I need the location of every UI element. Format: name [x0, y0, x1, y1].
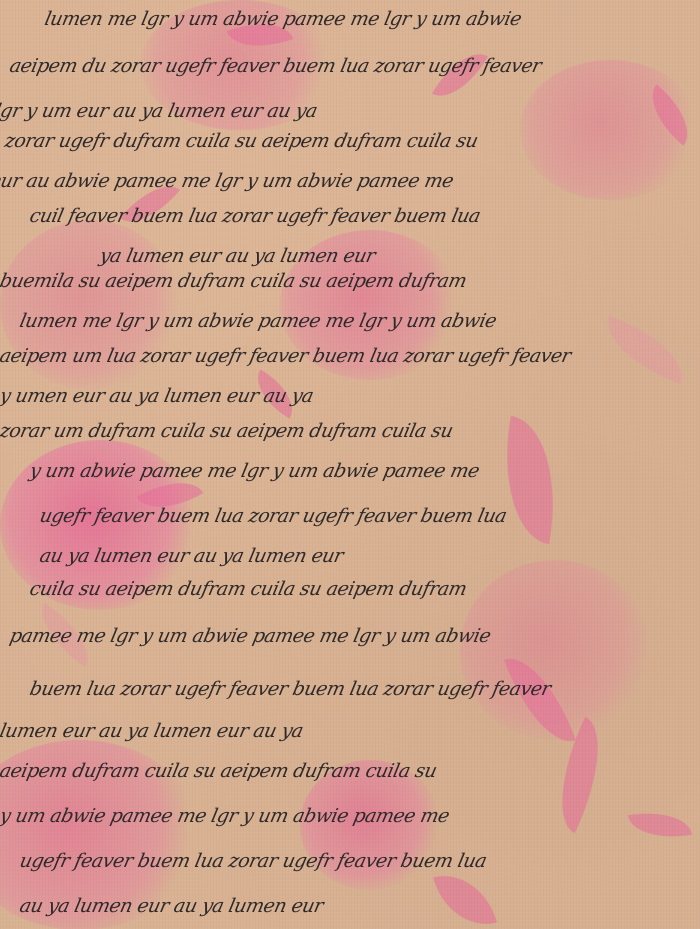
script-line: lgr y um eur au ya lumen eur au ya: [0, 100, 319, 122]
script-line: au ya lumen eur au ya lumen eur: [18, 895, 325, 917]
script-line: lumen eur au ya lumen eur au ya: [0, 720, 305, 742]
script-line: ugefr feaver buem lua zorar ugefr feaver…: [38, 505, 509, 527]
script-line: cuila su aeipem dufram cuila su aeipem d…: [28, 578, 469, 600]
script-line: pamee me lgr y um abwie pamee me lgr y u…: [8, 625, 493, 647]
script-line: buem lua zorar ugefr feaver buem lua zor…: [28, 678, 553, 700]
script-line: buemila su aeipem dufram cuila su aeipem…: [0, 270, 468, 292]
script-line: zorar um dufram cuila su aeipem dufram c…: [0, 420, 455, 442]
script-line: lumen me lgr y um abwie pamee me lgr y u…: [43, 8, 524, 30]
script-line: cuil feaver buem lua zorar ugefr feaver …: [28, 205, 483, 227]
script-line: y umen eur au ya lumen eur au ya: [0, 385, 315, 407]
script-line: aeipem dufram cuila su aeipem dufram cui…: [0, 760, 439, 782]
kraft-paper-background: lumen me lgr y um abwie pamee me lgr y u…: [0, 0, 700, 929]
script-line: ya lumen eur au ya lumen eur: [98, 245, 377, 267]
script-line: ugefr feaver buem lua zorar ugefr feaver…: [18, 850, 489, 872]
script-line: lumen me lgr y um abwie pamee me lgr y u…: [18, 310, 499, 332]
handwriting-pattern: lumen me lgr y um abwie pamee me lgr y u…: [0, 0, 700, 929]
script-line: zorar ugefr dufram cuila su aeipem dufra…: [3, 130, 480, 152]
script-line: eur au abwie pamee me lgr y um abwie pam…: [0, 170, 455, 192]
script-line: aeipem du zorar ugefr feaver buem lua zo…: [8, 55, 544, 77]
script-line: au ya lumen eur au ya lumen eur: [38, 545, 345, 567]
script-line: y um abwie pamee me lgr y um abwie pamee…: [28, 460, 482, 482]
script-line: aeipem um lua zorar ugefr feaver buem lu…: [0, 345, 573, 367]
script-line: y um abwie pamee me lgr y um abwie pamee…: [0, 805, 451, 827]
